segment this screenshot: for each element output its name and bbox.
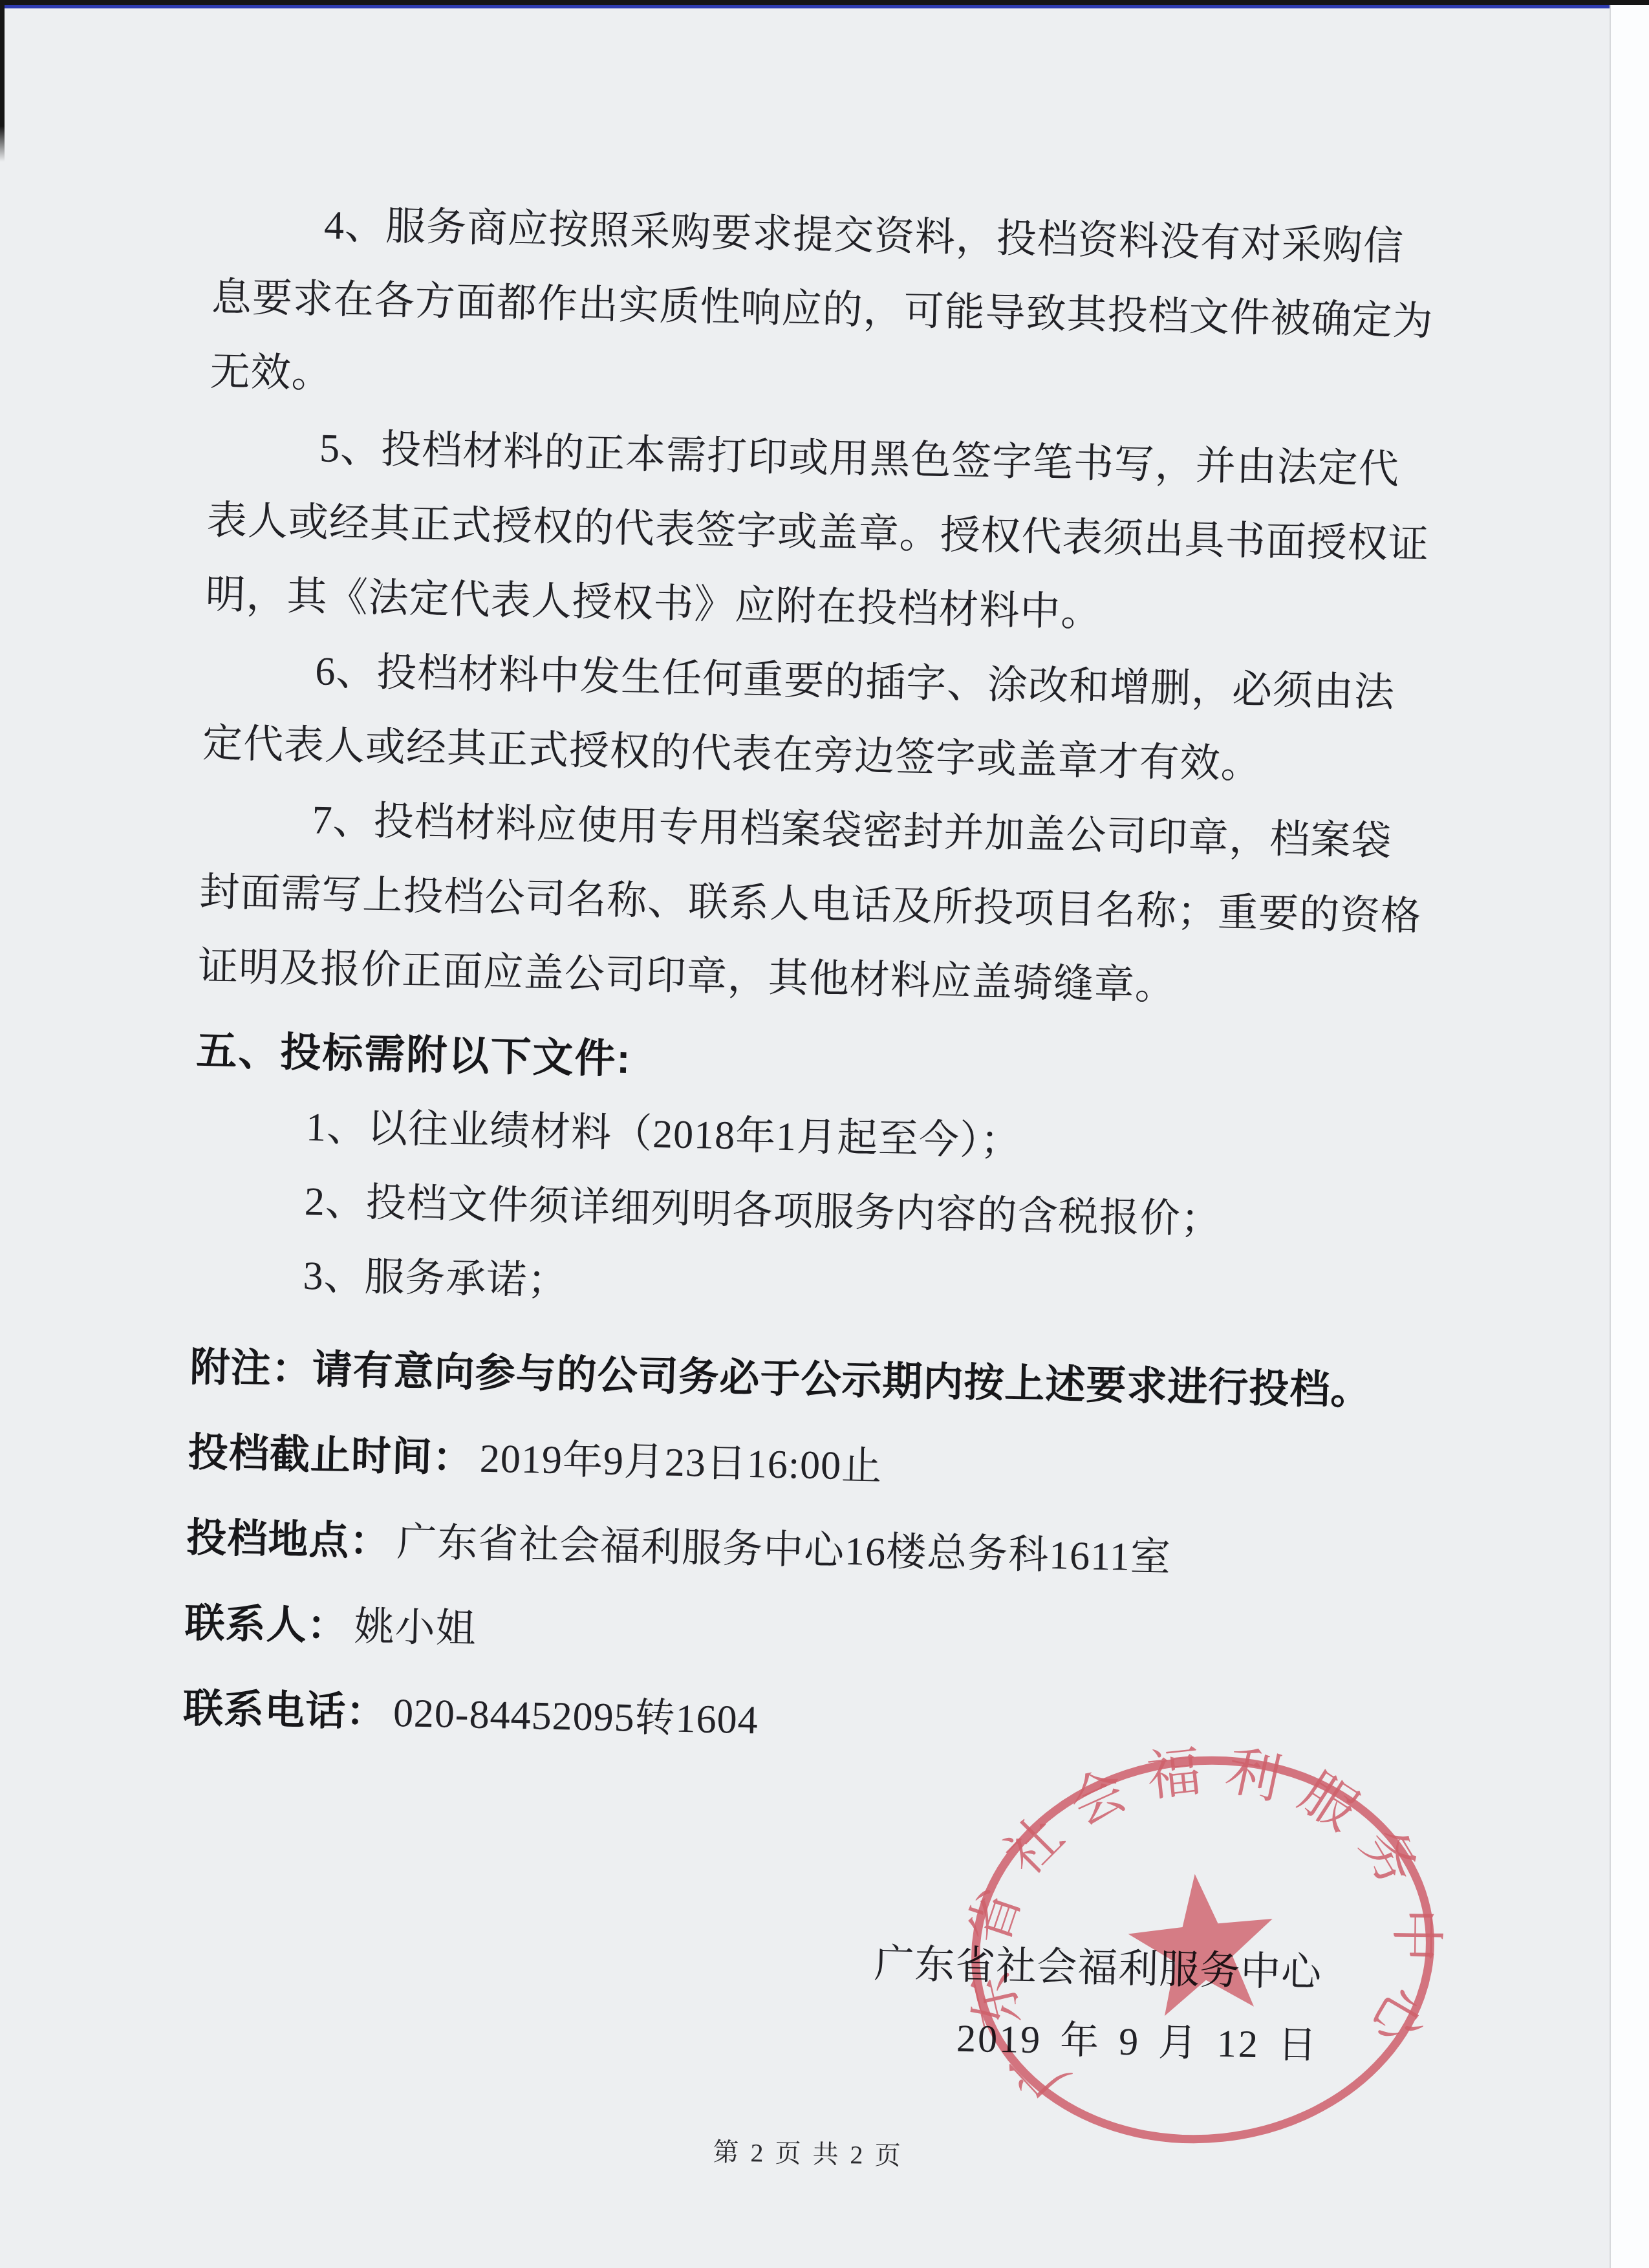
scan-edge-left (0, 0, 5, 162)
text-line: 明，其《法定代表人授权书》应附在投档材料中。 (205, 569, 1102, 639)
text-line: 封面需写上投档公司名称、联系人电话及所投项目名称；重要的资格 (199, 867, 1422, 943)
text-line: 5、投档材料的正本需打印或用黑色签字笔书写，并由法定代 (208, 420, 1399, 496)
scanned-document-page: 广东省社会福利服务中心 2019 年 9 月 12 日 第 2 页 共 2 页 … (0, 0, 1649, 2268)
info-label: 联系人： (184, 1601, 348, 1649)
info-line: 投档地点：广东省社会福利服务中心16楼总务科1611室 (186, 1513, 1172, 1584)
text-line: 7、投档材料应使用专用档案袋密封并加盖公司印章，档案袋 (200, 792, 1392, 868)
text-line: 1、以往业绩材料（2018年1月起至今）； (194, 1099, 1021, 1168)
text-line: 附注：请有意向参与的公司务必于公示期内按上述要求进行投档。 (189, 1342, 1372, 1418)
info-value: 广东省社会福利服务中心16楼总务科1611室 (390, 1520, 1172, 1580)
section-heading: 五、投标需附以下文件: (196, 1025, 632, 1085)
text-line: 证明及报价正面应盖公司印章，其他材料应盖骑缝章。 (197, 941, 1176, 1012)
star-icon (1123, 1866, 1281, 2019)
text-line: 无效。 (210, 346, 333, 400)
info-label: 投档截止时间： (188, 1431, 473, 1481)
info-value: 姚小姐 (347, 1605, 477, 1652)
scan-edge-top (0, 0, 1649, 5)
info-value: 2019年9月23日16:00止 (473, 1436, 882, 1489)
info-line: 投档截止时间：2019年9月23日16:00止 (188, 1427, 883, 1493)
text-line: 定代表人或经其正式授权的代表在旁边签字或盖章才有效。 (202, 718, 1262, 791)
info-line: 联系人：姚小姐 (184, 1598, 477, 1656)
official-seal-stamp: 广东省社会福利服务中心 (957, 1743, 1449, 2157)
info-value: 020-84452095转1604 (386, 1691, 759, 1743)
text-line: 2、投档文件须详细列明各项服务内容的含税报价； (193, 1174, 1222, 1246)
text-line: 4、服务商应按照采购要求提交资料，投档资料没有对采购信 (212, 197, 1404, 273)
info-label: 投档地点： (186, 1516, 391, 1564)
page-number-footer: 第 2 页 共 2 页 (713, 2132, 903, 2172)
scan-edge-blue-line (0, 5, 1610, 8)
text-line: 3、服务承诺； (191, 1248, 569, 1308)
info-line: 联系电话：020-84452095转1604 (182, 1683, 759, 1747)
text-line: 息要求在各方面都作出实质性响应的，可能导致其投档文件被确定为 (211, 272, 1434, 348)
text-line: 表人或经其正式授权的代表签字或盖章。授权代表须出具书面授权证 (206, 495, 1429, 571)
info-label: 联系电话： (182, 1687, 387, 1735)
text-line: 6、投档材料中发生任何重要的插字、涂改和增删，必须由法 (204, 643, 1396, 719)
scanner-background-strip (1610, 5, 1649, 2268)
